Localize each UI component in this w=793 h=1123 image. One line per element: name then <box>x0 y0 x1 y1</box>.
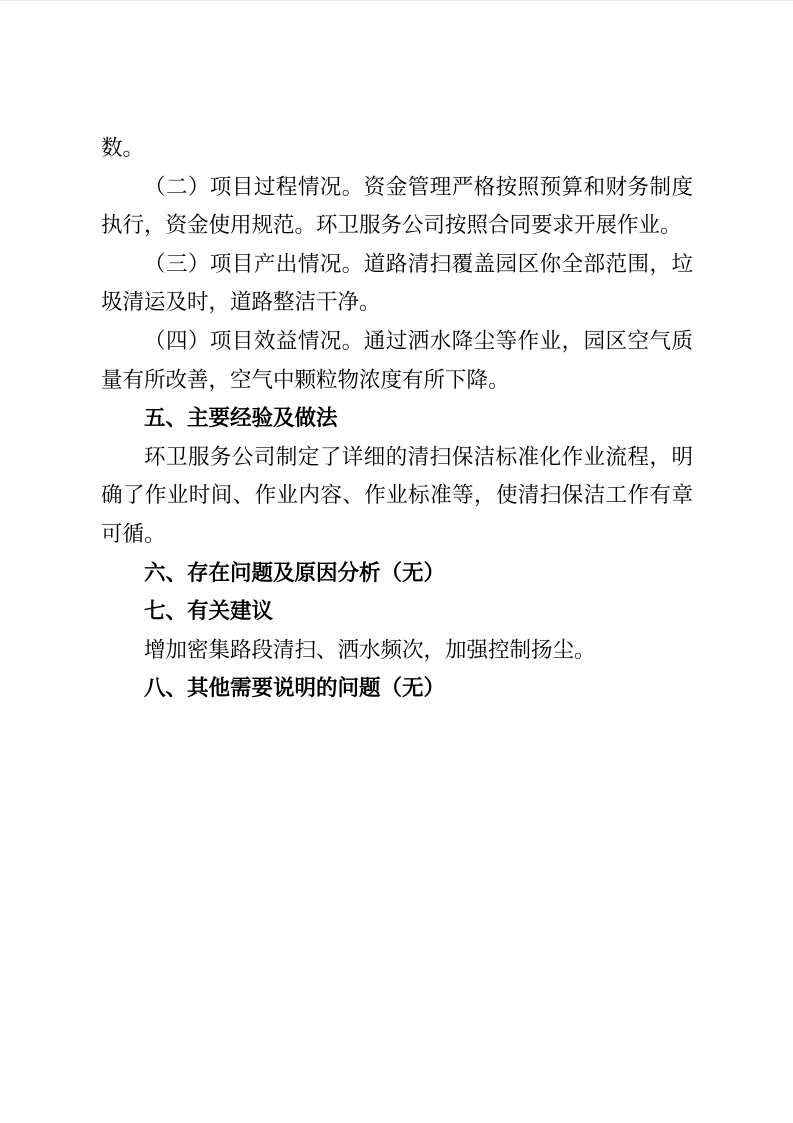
paragraph-line: 确了作业时间、作业内容、作业标准等，使清扫保洁工作有章 <box>101 476 693 515</box>
paragraph-line: 增加密集路段清扫、洒水频次，加强控制扬尘。 <box>101 631 693 670</box>
document-page: 数。（二）项目过程情况。资金管理严格按照预算和财务制度执行，资金使用规范。环卫服… <box>0 0 793 1123</box>
paragraph-line: 可循。 <box>101 515 693 554</box>
paragraph-line: （四）项目效益情况。通过洒水降尘等作业，园区空气质 <box>101 322 693 361</box>
paragraph-line: 量有所改善，空气中颗粒物浓度有所下降。 <box>101 361 693 400</box>
paragraph-line: 圾清运及时，道路整洁干净。 <box>101 283 693 322</box>
section-heading: 五、主要经验及做法 <box>101 399 693 438</box>
document-body: 数。（二）项目过程情况。资金管理严格按照预算和财务制度执行，资金使用规范。环卫服… <box>101 129 693 708</box>
paragraph-line: （二）项目过程情况。资金管理严格按照预算和财务制度 <box>101 168 693 207</box>
paragraph-line: 环卫服务公司制定了详细的清扫保洁标准化作业流程，明 <box>101 438 693 477</box>
section-heading: 八、其他需要说明的问题（无） <box>101 669 693 708</box>
paragraph-line: （三）项目产出情况。道路清扫覆盖园区你全部范围，垃 <box>101 245 693 284</box>
paragraph-line: 数。 <box>101 129 693 168</box>
section-heading: 七、有关建议 <box>101 592 693 631</box>
paragraph-line: 执行，资金使用规范。环卫服务公司按照合同要求开展作业。 <box>101 206 693 245</box>
section-heading: 六、存在问题及原因分析（无） <box>101 554 693 593</box>
